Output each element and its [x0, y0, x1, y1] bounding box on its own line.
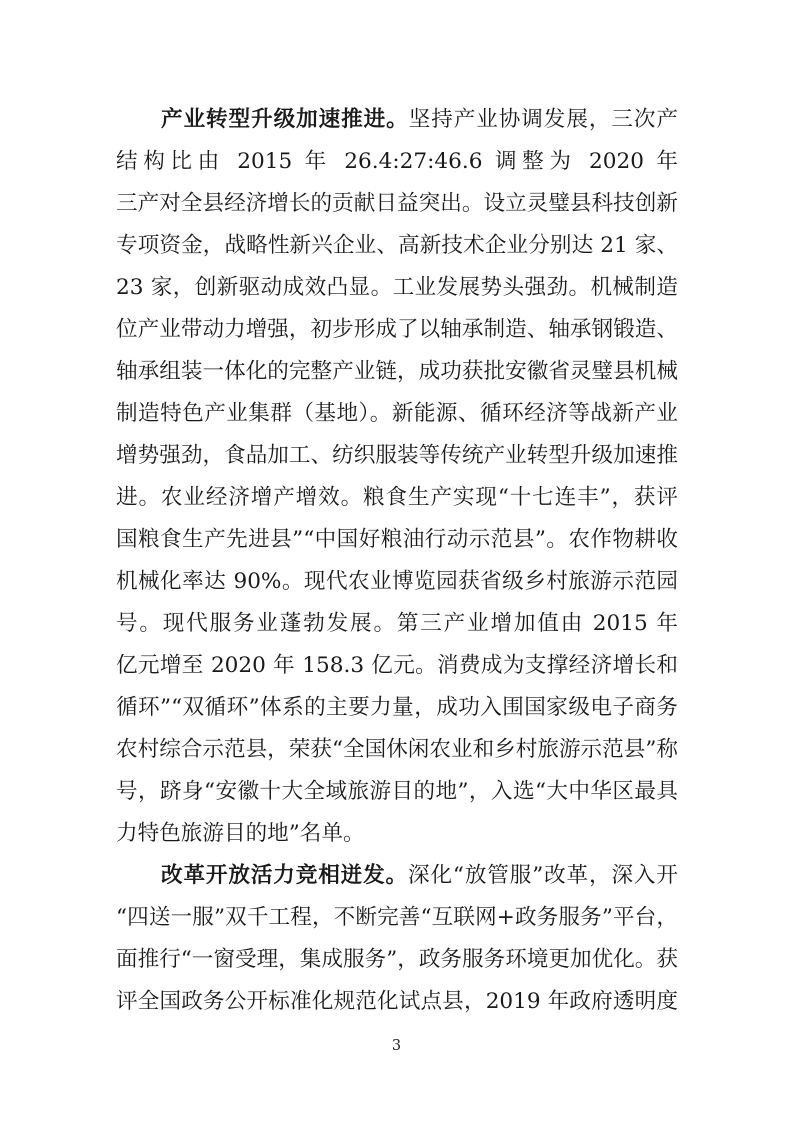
text-line: 位产业带动力增强，初步形成了以轴承制造、轴承钢锻造、	[116, 309, 678, 351]
text-line: “四送一服”双千工程，不断完善“互联网+政务服务”平台，全	[116, 897, 678, 939]
document-page: 产业转型升级加速推进。坚持产业协调发展，三次产业 结构比由 2015 年 26.…	[0, 0, 793, 1122]
text-line: 面推行“一窗受理，集成服务”，政务服务环境更加优化。获	[116, 939, 678, 981]
text-line: 国粮食生产先进县”“中国好粮油行动示范县”。农作物耕收种	[116, 519, 678, 561]
text-line: 力特色旅游目的地”名单。	[116, 813, 678, 855]
text-line: 机械化率达 90%。现代农业博览园获省级乡村旅游示范园称	[116, 561, 678, 603]
text-line: 23 家，创新驱动成效凸显。工业发展势头强劲。机械制造首	[116, 267, 678, 309]
body-text: 产业转型升级加速推进。坚持产业协调发展，三次产业 结构比由 2015 年 26.…	[116, 99, 678, 1023]
text-line: 专项资金，战略性新兴企业、高新技术企业分别达 21 家、	[116, 225, 678, 267]
page-number: 3	[0, 1036, 793, 1056]
paragraph-lead-bold: 产业转型升级加速推进。	[161, 107, 409, 132]
text-line: 三产对全县经济增长的贡献日益突出。设立灵璧县科技创新	[116, 183, 678, 225]
text-line: 改革开放活力竞相迸发。深化“放管服”改革，深入开展	[116, 855, 678, 897]
text-line: 号。现代服务业蓬勃发展。第三产业增加值由 2015 年 83.3	[116, 603, 678, 645]
text-line: 农村综合示范县，荣获“全国休闲农业和乡村旅游示范县”称	[116, 729, 678, 771]
text-line: 循环”“双循环”体系的主要力量，成功入围国家级电子商务进	[116, 687, 678, 729]
text-line: 结构比由 2015 年 26.4:27:46.6 调整为 2020 年 21.8…	[116, 141, 678, 183]
text-line: 增势强劲，食品加工、纺织服装等传统产业转型升级加速推	[116, 435, 678, 477]
text-line: 进。农业经济增产增效。粮食生产实现“十七连丰”，获评“全	[116, 477, 678, 519]
text-line: 亿元增至 2020 年 158.3 亿元。消费成为支撑经济增长和“大	[116, 645, 678, 687]
paragraph-industry-upgrade: 产业转型升级加速推进。坚持产业协调发展，三次产业 结构比由 2015 年 26.…	[116, 99, 678, 855]
paragraph-lead-bold: 改革开放活力竞相迸发。	[161, 863, 408, 888]
text-line: 号，跻身“安徽十大全域旅游目的地”，入选“大中华区最具魅	[116, 771, 678, 813]
text-line: 产业转型升级加速推进。坚持产业协调发展，三次产业	[116, 99, 678, 141]
paragraph-reform-opening: 改革开放活力竞相迸发。深化“放管服”改革，深入开展 “四送一服”双千工程，不断完…	[116, 855, 678, 1023]
text-line: 评全国政务公开标准化规范化试点县，2019 年政府透明度指	[116, 981, 678, 1023]
text-line: 轴承组装一体化的完整产业链，成功获批安徽省灵璧县机械	[116, 351, 678, 393]
text-line: 制造特色产业集群（基地）。新能源、循环经济等战新产业	[116, 393, 678, 435]
